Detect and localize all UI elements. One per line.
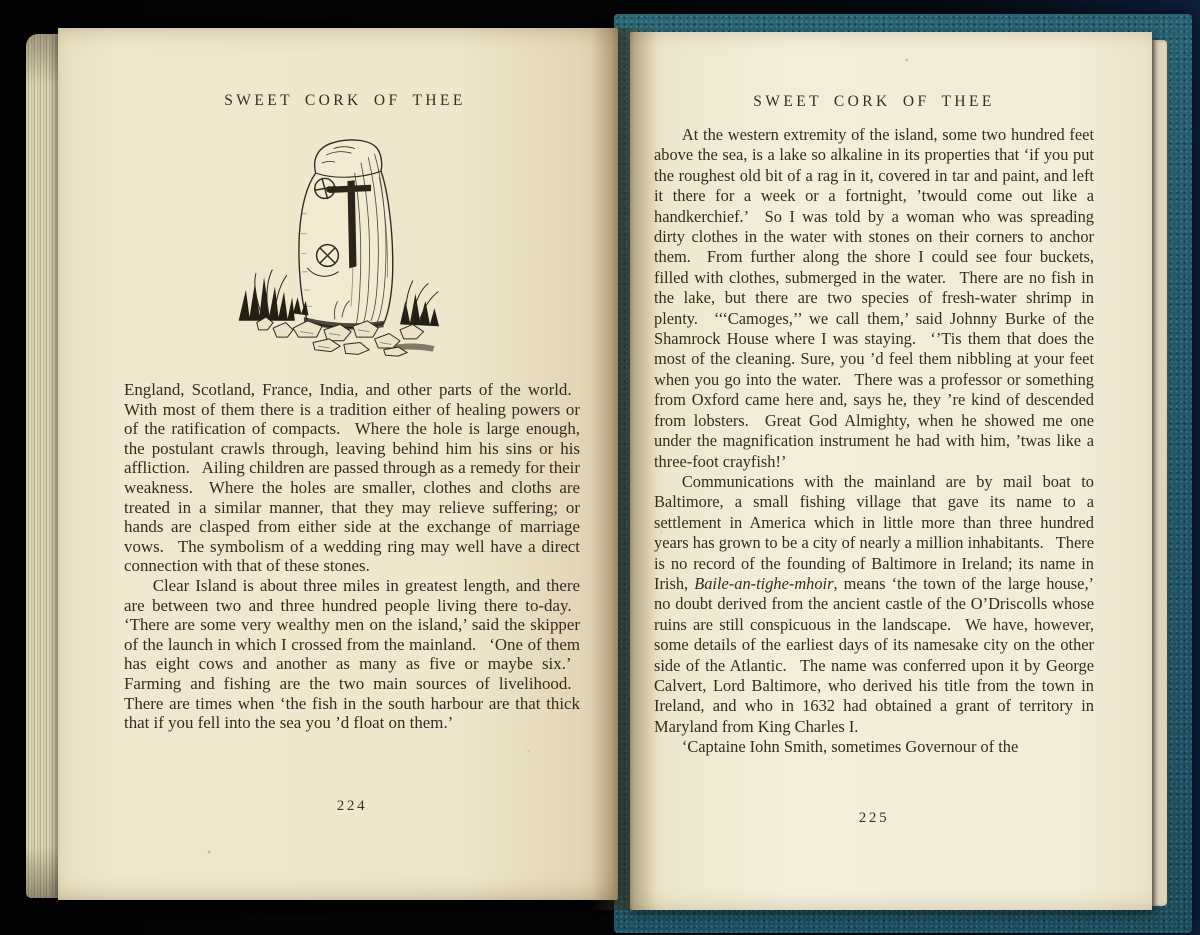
right-page: SWEET CORK OF THEE At the western extrem…	[630, 32, 1152, 910]
left-page-body: England, Scotland, France, India, and ot…	[124, 380, 580, 733]
running-head: SWEET CORK OF THEE	[652, 93, 1096, 111]
paragraph: England, Scotland, France, India, and ot…	[124, 380, 580, 576]
paragraph: Communications with the mainland are by …	[654, 472, 1094, 737]
stacked-page-edges	[26, 34, 60, 898]
page-number: 224	[124, 798, 580, 815]
left-page: SWEET CORK OF THEE	[58, 28, 618, 900]
standing-stone-illustration	[206, 112, 478, 370]
running-head: SWEET CORK OF THEE	[110, 92, 580, 110]
paragraph: At the western extremity of the island, …	[654, 125, 1094, 472]
book-photo-scene: SWEET CORK OF THEE	[0, 0, 1200, 935]
page-number: 225	[654, 810, 1094, 827]
paragraph: ‘Captaine Iohn Smith, sometimes Governou…	[654, 737, 1094, 757]
right-page-body: At the western extremity of the island, …	[654, 125, 1094, 758]
paragraph: Clear Island is about three miles in gre…	[124, 576, 580, 733]
cover-board-fore-edge	[1152, 40, 1167, 906]
